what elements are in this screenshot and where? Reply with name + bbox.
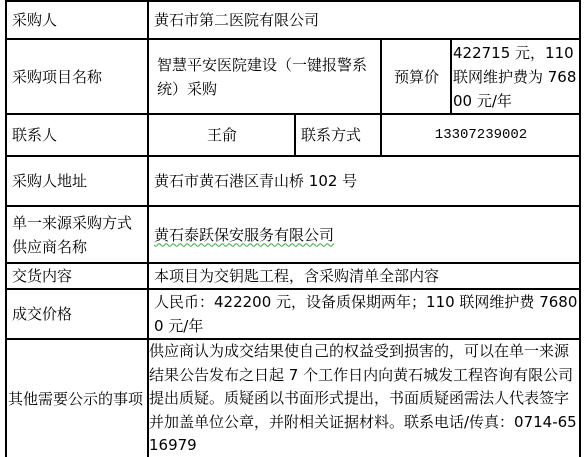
row-address: 采购人地址 黄石市黄石港区青山桥 102 号 bbox=[6, 156, 580, 206]
project-name-label: 采购项目名称 bbox=[6, 39, 148, 114]
purchaser-label: 采购人 bbox=[6, 1, 148, 39]
supplier-label: 单一来源采购方式供应商名称 bbox=[6, 206, 148, 263]
row-contact: 联系人 王俞 联系方式 13307239002 bbox=[6, 114, 580, 156]
price-value: 人民币：422200 元，设备质保期两年；110 联网维护费 76800 元/年 bbox=[148, 289, 580, 339]
row-delivery: 交货内容 本项目为交钥匙工程，含采购清单全部内容 bbox=[6, 263, 580, 289]
other-value: 供应商认为成交结果使自己的权益受到损害的，可以在单一来源结果公告发布之日起 7 … bbox=[148, 339, 580, 457]
row-other: 其他需要公示的事项 供应商认为成交结果使自己的权益受到损害的，可以在单一来源结果… bbox=[6, 339, 580, 457]
supplier-value: 黄石泰跃保安服务有限公司 bbox=[148, 206, 580, 263]
budget-value: 422715 元，110 联网维护费为 76800 元/年 bbox=[451, 39, 580, 114]
budget-label: 预算价 bbox=[381, 39, 451, 114]
purchaser-value: 黄石市第二医院有限公司 bbox=[148, 1, 580, 39]
contact-person-label: 联系人 bbox=[6, 114, 148, 156]
address-label: 采购人地址 bbox=[6, 156, 148, 206]
contact-person-value: 王俞 bbox=[148, 114, 295, 156]
contact-method-value: 13307239002 bbox=[381, 114, 580, 156]
address-value: 黄石市黄石港区青山桥 102 号 bbox=[148, 156, 580, 206]
row-purchaser: 采购人 黄石市第二医院有限公司 bbox=[6, 1, 580, 39]
row-price: 成交价格 人民币：422200 元，设备质保期两年；110 联网维护费 7680… bbox=[6, 289, 580, 339]
procurement-result-table: 采购人 黄石市第二医院有限公司 采购项目名称 智慧平安医院建设（一键报警系统）采… bbox=[5, 0, 581, 457]
delivery-label: 交货内容 bbox=[6, 263, 148, 289]
supplier-value-text: 黄石泰跃保安服务有限公司 bbox=[154, 226, 334, 244]
project-name-value: 智慧平安医院建设（一键报警系统）采购 bbox=[148, 39, 381, 114]
row-supplier: 单一来源采购方式供应商名称 黄石泰跃保安服务有限公司 bbox=[6, 206, 580, 263]
delivery-value: 本项目为交钥匙工程，含采购清单全部内容 bbox=[148, 263, 580, 289]
row-project: 采购项目名称 智慧平安医院建设（一键报警系统）采购 预算价 422715 元，1… bbox=[6, 39, 580, 114]
price-label: 成交价格 bbox=[6, 289, 148, 339]
contact-method-label: 联系方式 bbox=[295, 114, 381, 156]
other-label: 其他需要公示的事项 bbox=[6, 339, 148, 457]
